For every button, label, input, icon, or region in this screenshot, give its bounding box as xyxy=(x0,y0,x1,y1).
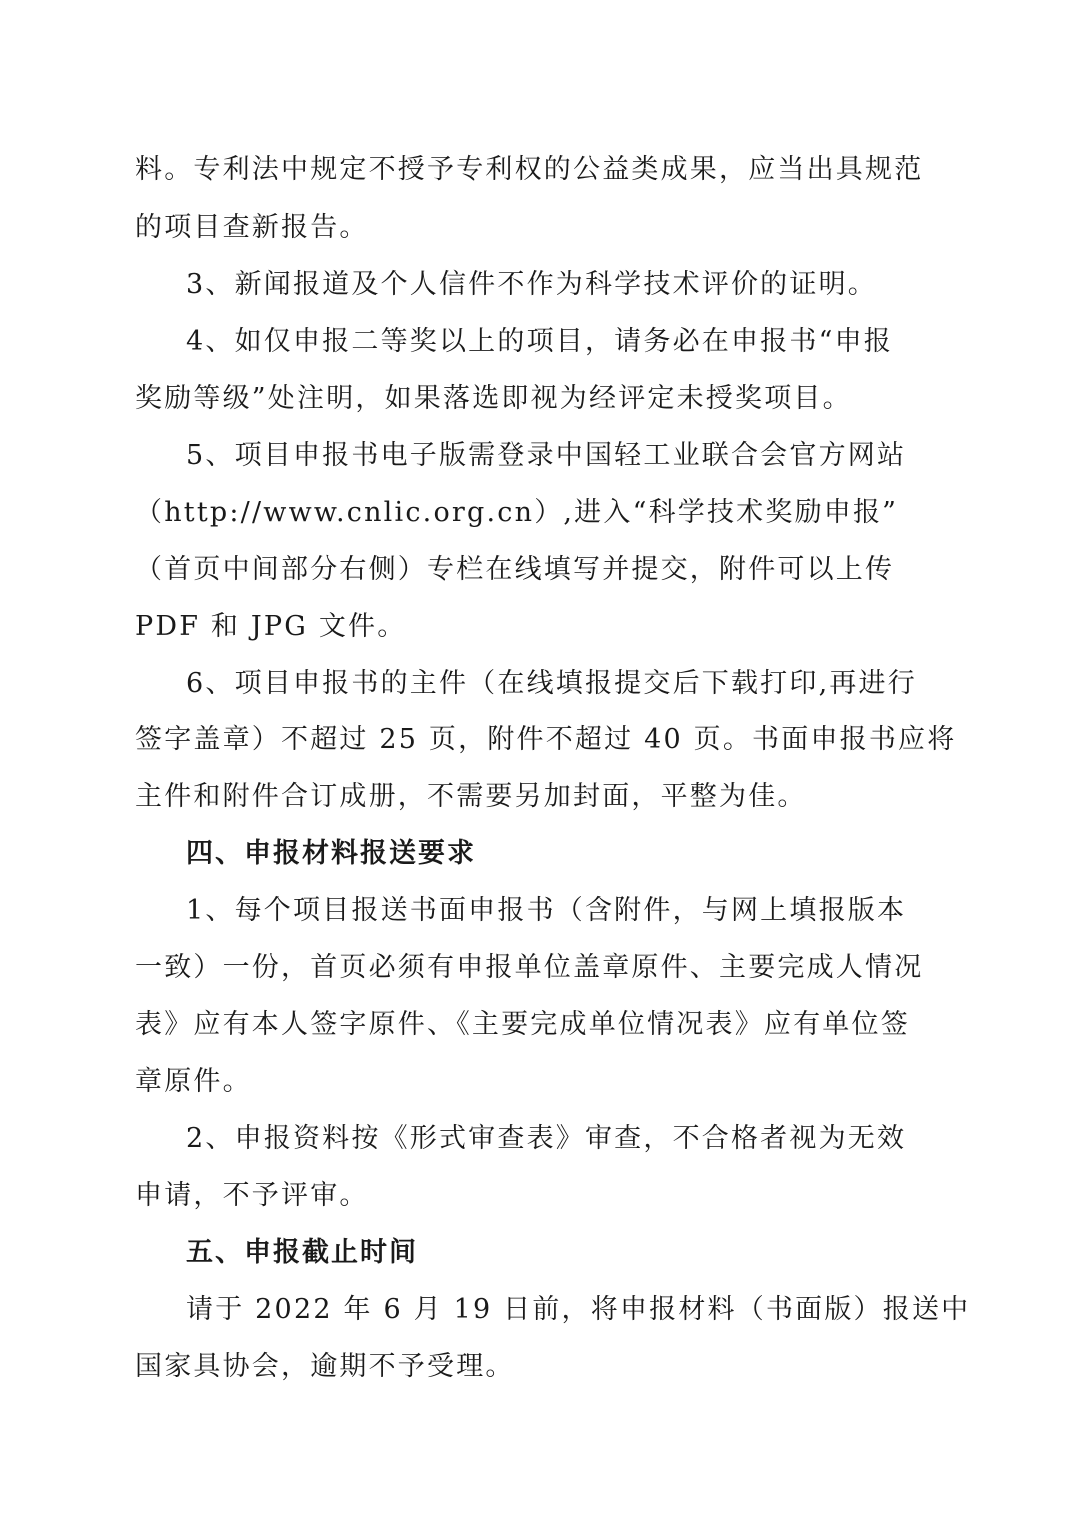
document-page: 料。专利法中规定不授予专利权的公益类成果，应当出具规范 的项目查新报告。 3、新… xyxy=(0,0,1080,1526)
paragraph-line: 请于 2022 年 6 月 19 日前，将申报材料（书面版）报送中 xyxy=(186,1292,966,1328)
paragraph-line: 申请，不予评审。 xyxy=(135,1178,915,1214)
paragraph-line: 奖励等级”处注明，如果落选即视为经评定未授奖项目。 xyxy=(135,381,915,417)
paragraph-line: 6、项目申报书的主件（在线填报提交后下载打印,再进行 xyxy=(186,666,966,702)
paragraph-line: （首页中间部分右侧）专栏在线填写并提交，附件可以上传 xyxy=(135,552,915,588)
paragraph-line: 3、新闻报道及个人信件不作为科学技术评价的证明。 xyxy=(186,267,966,303)
paragraph-line: 料。专利法中规定不授予专利权的公益类成果，应当出具规范 xyxy=(135,152,915,188)
paragraph-line: 一致）一份，首页必须有申报单位盖章原件、主要完成人情况 xyxy=(135,950,915,986)
paragraph-line: 1、每个项目报送书面申报书（含附件，与网上填报版本 xyxy=(186,893,966,929)
paragraph-line: 的项目查新报告。 xyxy=(135,210,915,246)
paragraph-line: 5、项目申报书电子版需登录中国轻工业联合会官方网站 xyxy=(186,438,966,474)
paragraph-line: （http://www.cnlic.org.cn）,进入“科学技术奖励申报” xyxy=(135,495,915,531)
paragraph-line: 4、如仅申报二等奖以上的项目，请务必在申报书“申报 xyxy=(186,324,966,360)
paragraph-line: 主件和附件合订成册，不需要另加封面，平整为佳。 xyxy=(135,779,915,815)
paragraph-line: PDF 和 JPG 文件。 xyxy=(135,609,915,645)
paragraph-line: 国家具协会，逾期不予受理。 xyxy=(135,1349,915,1385)
section-heading: 五、申报截止时间 xyxy=(186,1235,966,1271)
paragraph-line: 签字盖章）不超过 25 页，附件不超过 40 页。书面申报书应将 xyxy=(135,722,915,758)
paragraph-line: 表》应有本人签字原件、《主要完成单位情况表》应有单位签 xyxy=(135,1007,915,1043)
paragraph-line: 2、申报资料按《形式审查表》审查，不合格者视为无效 xyxy=(186,1121,966,1157)
paragraph-line: 章原件。 xyxy=(135,1064,915,1100)
section-heading: 四、申报材料报送要求 xyxy=(186,836,966,872)
